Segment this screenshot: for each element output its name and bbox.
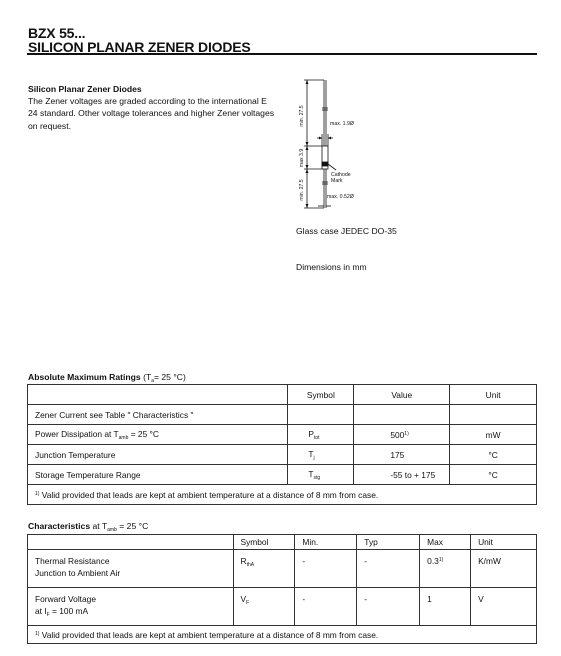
title-rule — [27, 53, 537, 55]
unit-cell: K/mW — [471, 550, 537, 588]
symbol-cell: Tstg — [288, 465, 354, 485]
table-row: Forward Voltageat IF = 100 mA VF - - 1 V — [28, 588, 537, 626]
param-cell: Zener Current see Table " Characteristic… — [28, 405, 288, 425]
symbol-cell: Ptot — [288, 425, 354, 445]
typ-cell: - — [357, 588, 420, 626]
footnote-row: 1) Valid provided that leads are kept at… — [28, 485, 537, 505]
min-cell: - — [295, 550, 357, 588]
intro-title: Silicon Planar Zener Diodes — [28, 83, 278, 95]
header-value: Value — [354, 385, 450, 405]
param-cell: Power Dissipation at Tamb = 25 °C — [28, 425, 288, 445]
characteristics-table: Symbol Min. Typ Max Unit Thermal Resista… — [27, 534, 537, 644]
header-min: Min. — [295, 535, 357, 550]
table-row: Junction Temperature Tj 175 °C — [28, 445, 537, 465]
mark-label: Mark — [331, 178, 343, 184]
param-cell: Thermal ResistanceJunction to Ambient Ai… — [28, 550, 234, 588]
param-cell: Forward Voltageat IF = 100 mA — [28, 588, 234, 626]
header-unit: Unit — [471, 535, 537, 550]
body-diameter-label: max. 1.9Ø — [330, 121, 354, 127]
do35-package-diagram: min. 27.5 max 3.9 min. 27.5 max. 1.9Ø Ca… — [290, 78, 365, 213]
package-case: Glass case JEDEC DO-35 — [296, 226, 397, 236]
symbol-cell: RthA — [233, 550, 295, 588]
table-row: Thermal ResistanceJunction to Ambient Ai… — [28, 550, 537, 588]
symbol-cell: VF — [233, 588, 295, 626]
footnote-row: 1) Valid provided that leads are kept at… — [28, 626, 537, 644]
symbol-cell — [288, 405, 354, 425]
max-cell: 1 — [420, 588, 471, 626]
table-header-row: Symbol Value Unit — [28, 385, 537, 405]
characteristics-title: Characteristics at Tamb = 25 °C — [28, 521, 148, 533]
param-cell: Storage Temperature Range — [28, 465, 288, 485]
top-lead-length-label: min. 27.5 — [299, 105, 305, 126]
header-symbol: Symbol — [288, 385, 354, 405]
table-row: Zener Current see Table " Characteristic… — [28, 405, 537, 425]
unit-cell: °C — [450, 445, 537, 465]
footnote-cell: 1) Valid provided that leads are kept at… — [28, 626, 537, 644]
intro-section: Silicon Planar Zener Diodes The Zener vo… — [28, 83, 278, 132]
symbol-cell: Tj — [288, 445, 354, 465]
lead-diameter-label: max. 0.52Ø — [327, 194, 354, 200]
table-row: Power Dissipation at Tamb = 25 °C Ptot 5… — [28, 425, 537, 445]
typ-cell: - — [357, 550, 420, 588]
header-param — [28, 535, 234, 550]
header-typ: Typ — [357, 535, 420, 550]
body-length-label: max 3.9 — [299, 149, 305, 168]
min-cell: - — [295, 588, 357, 626]
header-symbol: Symbol — [233, 535, 295, 550]
unit-cell — [450, 405, 537, 425]
header-param — [28, 385, 288, 405]
intro-body: The Zener voltages are graded according … — [28, 95, 278, 132]
max-cell: 0.31) — [420, 550, 471, 588]
dimensions-note: Dimensions in mm — [296, 262, 367, 272]
value-cell — [354, 405, 450, 425]
abs-max-table: Symbol Value Unit Zener Current see Tabl… — [27, 384, 537, 505]
unit-cell: °C — [450, 465, 537, 485]
value-cell: 175 — [354, 445, 450, 465]
table-header-row: Symbol Min. Typ Max Unit — [28, 535, 537, 550]
value-cell: 5001) — [354, 425, 450, 445]
header-unit: Unit — [450, 385, 537, 405]
param-cell: Junction Temperature — [28, 445, 288, 465]
unit-cell: V — [471, 588, 537, 626]
bottom-lead-length-label: min. 27.5 — [299, 179, 305, 200]
header-max: Max — [420, 535, 471, 550]
footnote-cell: 1) Valid provided that leads are kept at… — [28, 485, 537, 505]
abs-max-title: Absolute Maximum Ratings (Ta= 25 °C) — [28, 372, 186, 384]
unit-cell: mW — [450, 425, 537, 445]
table-row: Storage Temperature Range Tstg -55 to + … — [28, 465, 537, 485]
value-cell: -55 to + 175 — [354, 465, 450, 485]
